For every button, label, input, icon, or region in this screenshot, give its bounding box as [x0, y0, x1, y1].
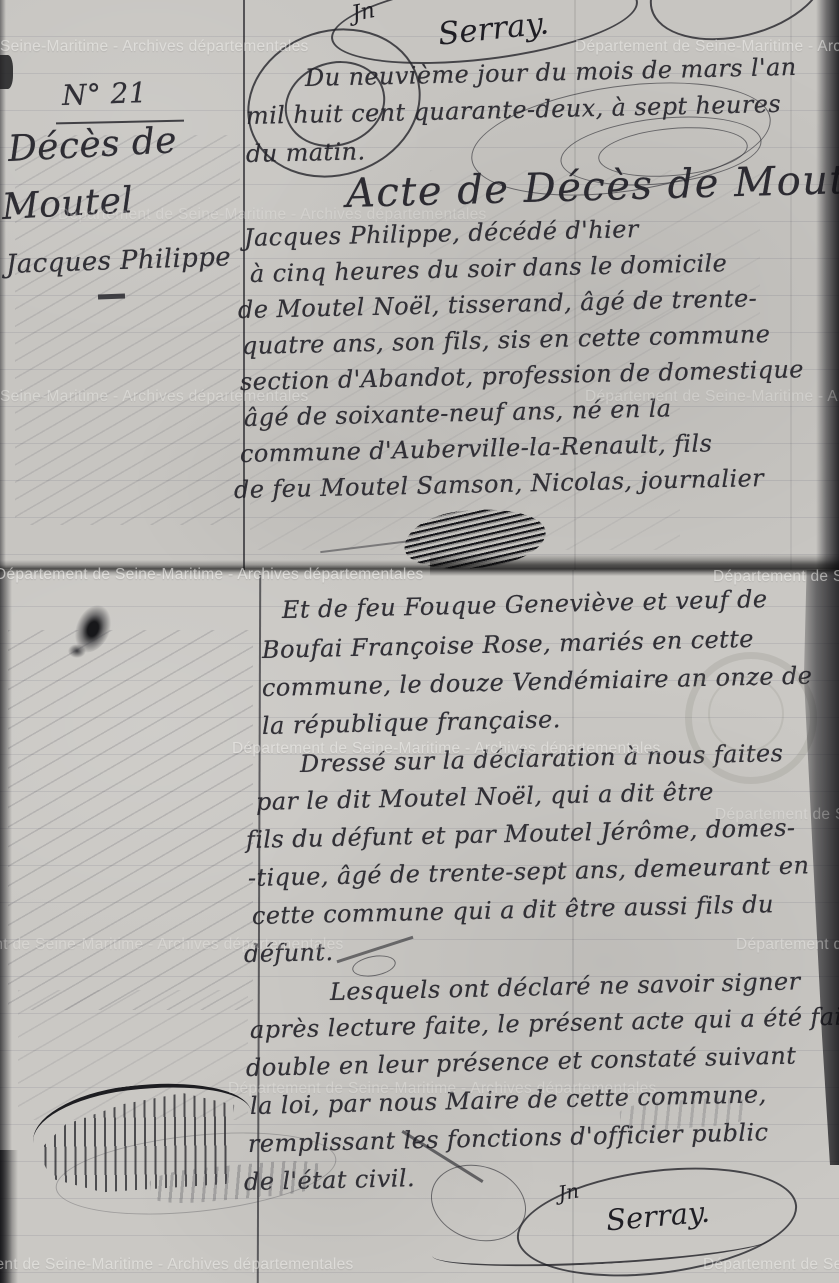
crease-line [790, 0, 792, 570]
binding-mark [0, 55, 13, 89]
manuscript-line: cette commune qui a dit être aussi fils … [252, 892, 774, 928]
manuscript-line: après lecture faite, le présent acte qui… [250, 1004, 839, 1042]
watermark-text: Département de Seine-Maritime - Archives… [58, 206, 487, 224]
manuscript-line: Lesquels ont déclaré ne savoir signer [330, 969, 801, 1004]
manuscript-line: par le dit Moutel Noël, qui a dit être [256, 780, 714, 814]
act-number: N° 21 [62, 79, 148, 110]
watermark-text: Département de Seine-Maritime - Archives… [232, 740, 661, 758]
manuscript-line: Boufai Françoise Rose, mariés en cette [262, 627, 754, 662]
page-top-scan: N° 21 Décès de Moutel Jacques Philippe J… [0, 0, 839, 570]
stamp-bleedthrough [708, 676, 784, 752]
archival-scan-viewer: N° 21 Décès de Moutel Jacques Philippe J… [0, 0, 839, 1283]
pencil-hatching [430, 170, 760, 340]
manuscript-line: double en leur présence et constaté suiv… [246, 1044, 797, 1080]
watermark-text: Département de Seine-Maritime - Archives… [575, 38, 839, 56]
manuscript-line: -tique, âgé de trente-sept ans, demeuran… [248, 853, 810, 890]
manuscript-line: du matin. [246, 139, 366, 166]
watermark-text: Département de Seine-Maritime - Archives… [703, 1256, 839, 1274]
watermark-text: Département de Seine-Maritime - Archives… [713, 568, 839, 586]
watermark-text: Département de Seine-Maritime - Archives… [0, 566, 424, 584]
manuscript-line: fils du défunt et par Moutel Jérôme, dom… [246, 816, 796, 852]
manuscript-line: Et de feu Fouque Geneviève et veuf de [282, 587, 768, 622]
watermark-text: Département de Seine-Maritime - Archives… [0, 936, 344, 954]
page-bottom-scan: Et de feu Fouque Geneviève et veuf de Bo… [0, 570, 839, 1283]
watermark-text: Département de Seine-Maritime - Archives… [228, 1080, 657, 1098]
watermark-text: Département de Seine-Maritime - Archives… [0, 1256, 354, 1274]
watermark-text: Département de Seine-Maritime - Archives… [715, 806, 839, 824]
watermark-text: Département de Seine-Maritime - Archives… [585, 388, 839, 406]
watermark-text: Département de Seine-Maritime - Archives… [736, 936, 839, 954]
manuscript-line: la république française. [262, 707, 561, 738]
gutter-shadow [816, 0, 839, 570]
watermark-text: Département de Seine-Maritime - Archives… [0, 388, 309, 406]
pencil-hatching [15, 135, 240, 525]
watermark-text: Département de Seine-Maritime - Archives… [0, 38, 309, 56]
